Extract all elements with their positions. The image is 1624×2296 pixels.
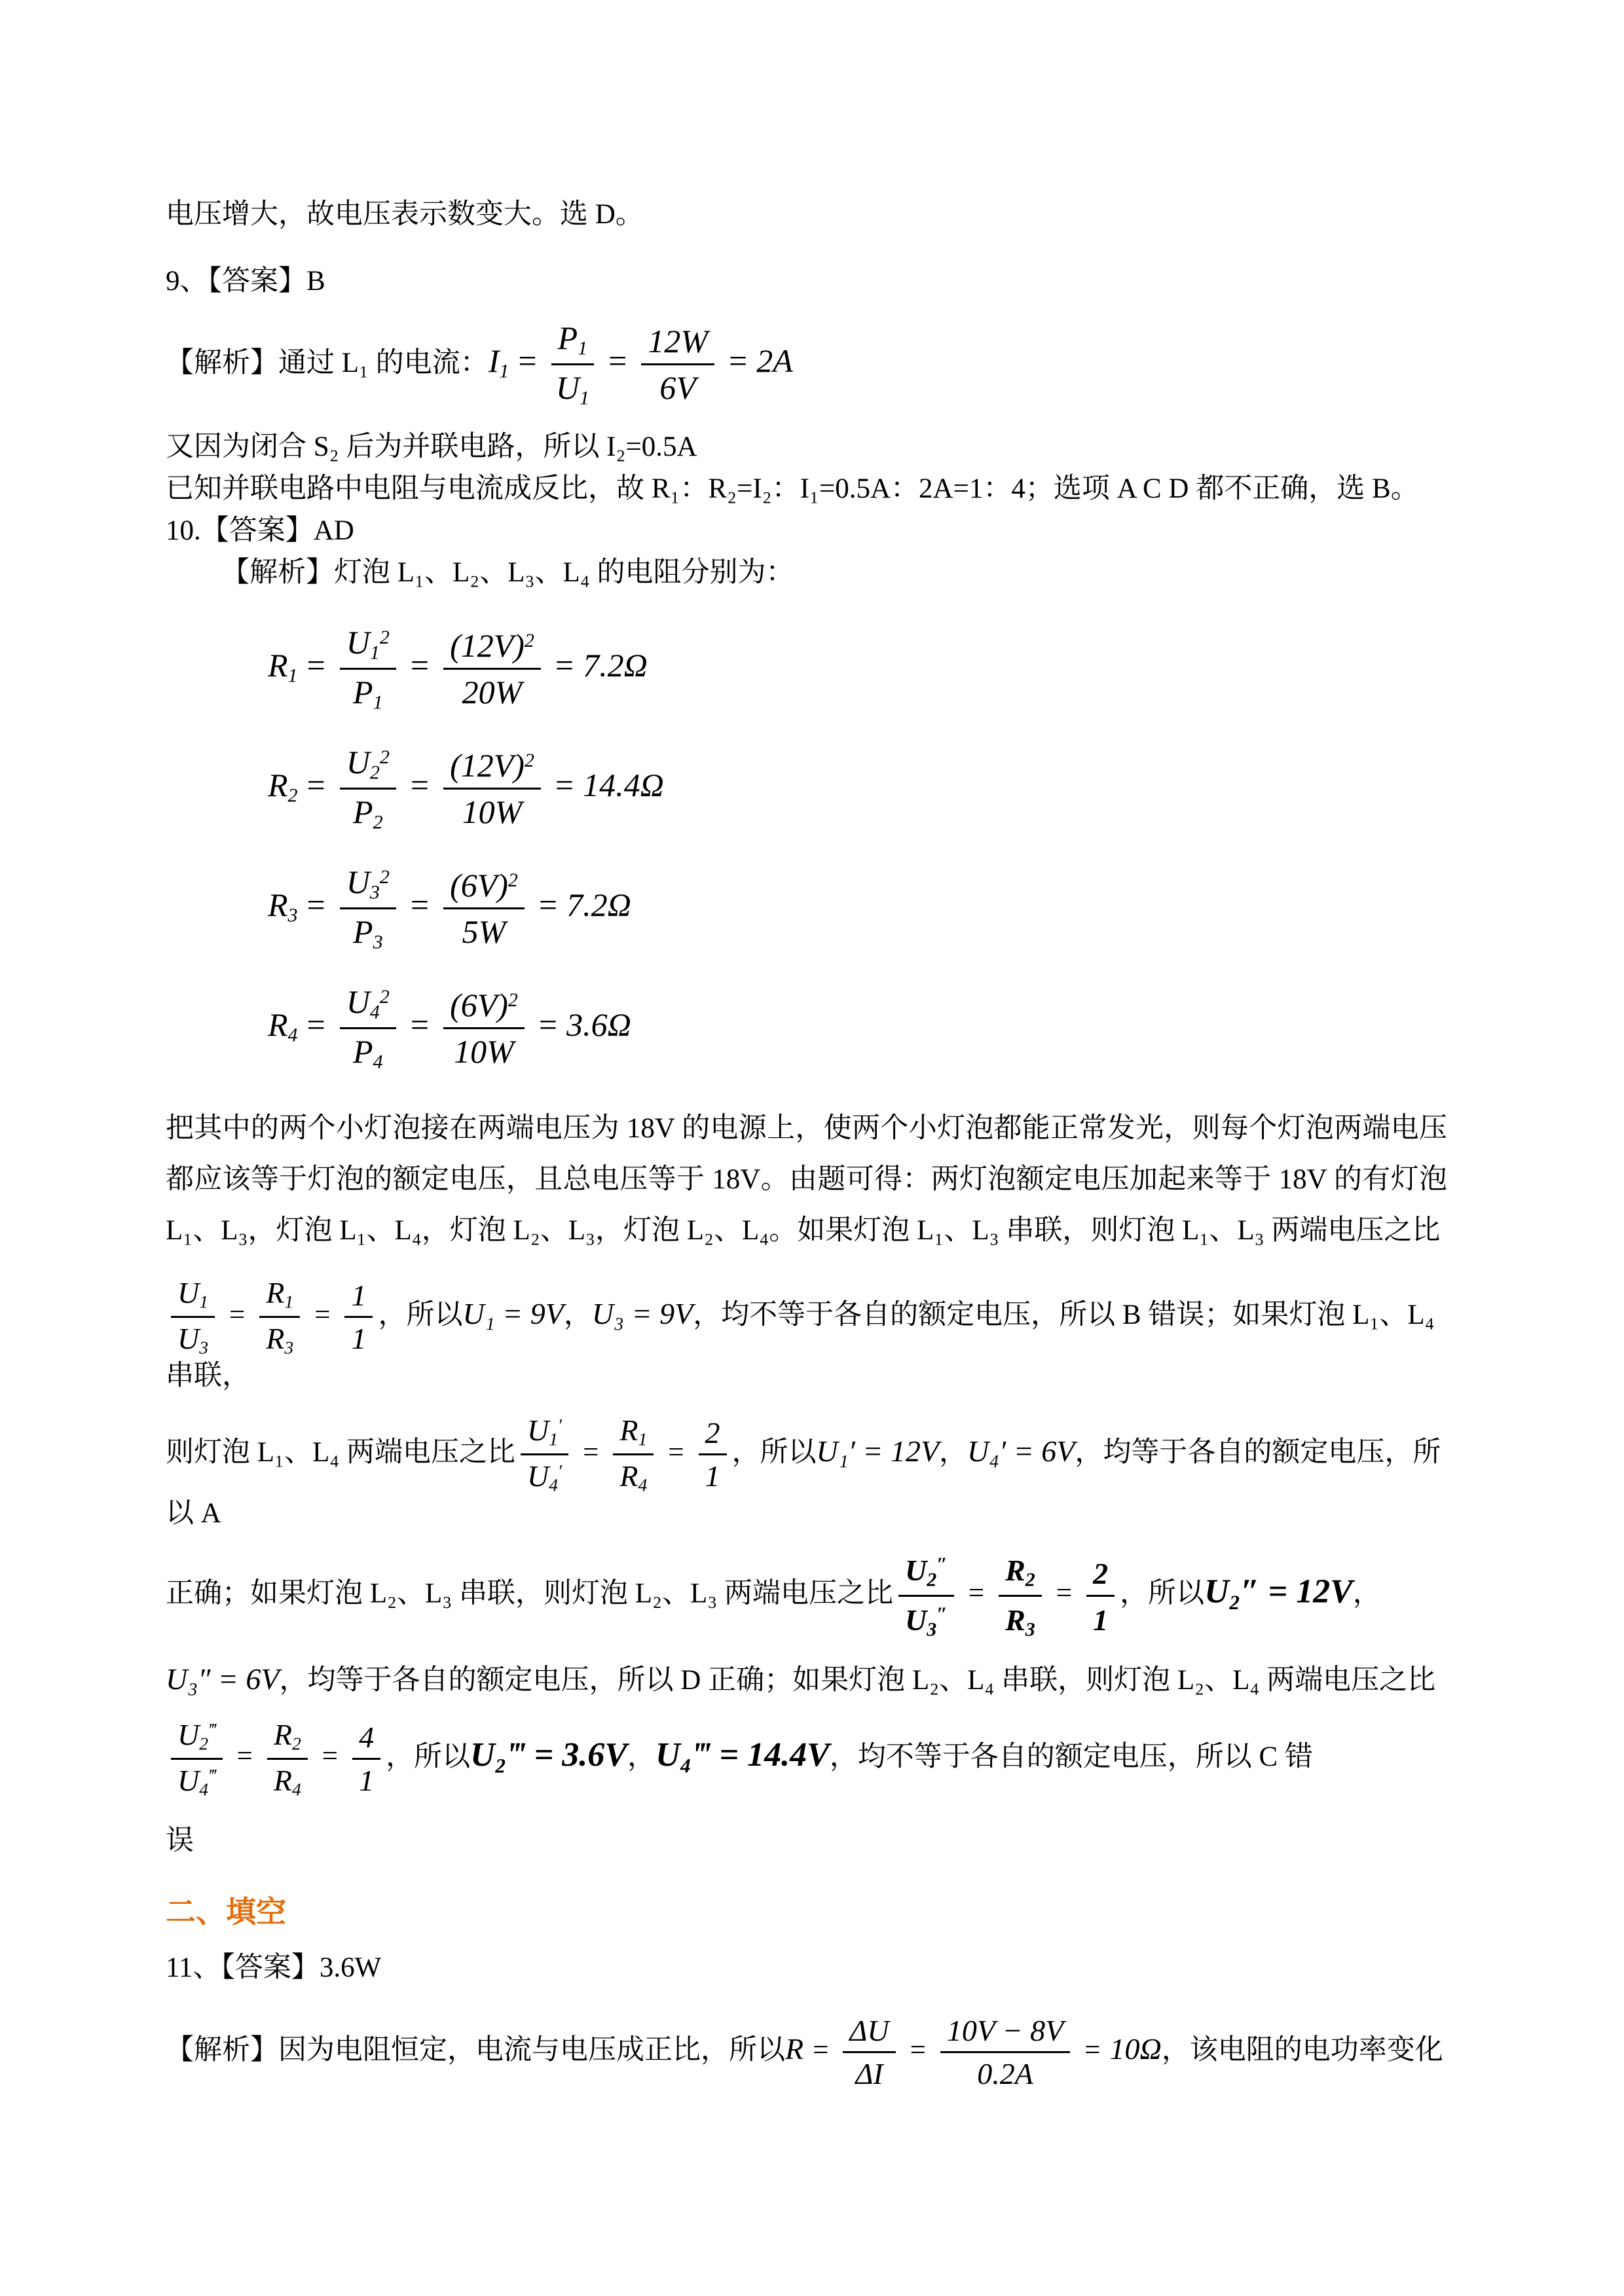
fraction-denominator: R3 — [999, 1597, 1042, 1641]
equals-sign: = — [539, 886, 557, 923]
math-subscript: 2 — [927, 1569, 936, 1590]
math-value: 1 — [1093, 1603, 1108, 1637]
equals-sign: = — [307, 886, 325, 923]
math-result: 7.2Ω — [583, 647, 648, 683]
math-subscript: 1 — [373, 691, 383, 713]
equals-sign: = — [307, 1006, 325, 1043]
math-subscript: 3 — [370, 881, 380, 903]
math-subscript: 3 — [927, 1618, 936, 1640]
math-inline: U₁′ = 12V — [817, 1434, 939, 1468]
fraction-denominator: 1 — [699, 1455, 727, 1493]
q10-paragraph: 把其中的两个小灯泡接在两端电压为 18V 的电源上，使两个小灯泡都能正常发光，则… — [166, 1103, 1447, 1256]
equals-sign: = — [314, 1300, 330, 1330]
fraction: (6V)210W — [443, 987, 525, 1070]
fraction-denominator: R4 — [613, 1455, 654, 1496]
math-var: R — [274, 1764, 292, 1797]
math-subscript: 1 — [199, 1292, 208, 1312]
fraction-numerator: (12V)2 — [443, 747, 541, 790]
q9-analysis-line: 【解析】通过 L₁ 的电流：I1=P1U1=12W6V=2A — [166, 319, 1447, 409]
equals-sign: = — [813, 2035, 828, 2066]
body-text: 正确；如果灯泡 L₂、L₃ 串联，则灯泡 L₂、L₃ 两端电压之比 — [166, 1578, 893, 1609]
math-var: R — [274, 1718, 292, 1751]
fraction-numerator: R2 — [267, 1718, 308, 1760]
math-var: U — [527, 1413, 549, 1447]
math-value: 4 — [359, 1721, 374, 1754]
q11-header: 11、【答案】3.6W — [166, 1947, 1447, 1989]
math-var: R — [266, 1322, 284, 1355]
math-value: (12V) — [450, 747, 525, 784]
fraction-denominator: P4 — [340, 1029, 396, 1073]
fraction-denominator: 1 — [352, 1760, 380, 1798]
math-subscript: 2 — [292, 1733, 301, 1753]
fraction-numerator: 12W — [641, 323, 714, 365]
q10-comparison-l1-l3: U1U3=R1R3=11，所以U₁ = 9V，U₃ = 9V，均不等于各自的额定… — [166, 1276, 1447, 1394]
math-var: R — [268, 647, 288, 683]
q9-line3-text: 已知并联电路中电阻与电流成反比，故 R₁：R₂=I₂：I₁=0.5A：2A=1：… — [166, 473, 1419, 504]
equals-sign: = — [729, 342, 747, 379]
document-page: 电压增大，故电压表示数变大。选 D。 9、【答案】B 【解析】通过 L₁ 的电流… — [0, 0, 1624, 2296]
fraction-denominator: U4′ — [521, 1455, 568, 1496]
fraction: (12V)210W — [443, 747, 541, 830]
math-superscript: 2 — [380, 866, 390, 888]
math-value: 2 — [705, 1416, 720, 1449]
r3-formula: R3=U32P3=(6V)25W=7.2Ω — [268, 864, 1447, 953]
q10-analysis-line: 【解析】灯泡 L₁、L₂、L₃、L₄ 的电阻分别为： — [221, 552, 1447, 594]
math-value: 1 — [351, 1322, 366, 1355]
fraction-numerator: 2 — [699, 1416, 727, 1456]
math-value: 1 — [351, 1279, 366, 1312]
math-value: (6V) — [450, 987, 508, 1023]
math-var: U — [346, 744, 370, 780]
math-value: 20W — [462, 674, 523, 710]
math-superscript: 2 — [380, 746, 390, 768]
q10-line-wu: 误 — [166, 1820, 1447, 1862]
math-result: 2A — [756, 342, 793, 379]
math-prime: ″ — [936, 1554, 948, 1575]
math-inline: U₁ = 9V — [462, 1297, 563, 1330]
math-result: 7.2Ω — [566, 886, 631, 923]
fraction: U1′U4′ — [521, 1413, 568, 1496]
equals-sign: = — [237, 1741, 253, 1772]
fraction-denominator: ΔI — [843, 2053, 895, 2091]
fraction-denominator: U4‴ — [171, 1760, 223, 1800]
r1-formula: R1=U12P1=(12V)220W=7.2Ω — [268, 624, 1447, 714]
fraction-denominator: U3 — [171, 1318, 215, 1358]
fraction-denominator: U1 — [551, 365, 595, 409]
q10-line-u3: U₃″ = 6V，均等于各自的额定电压，所以 D 正确；如果灯泡 L₂、L₄ 串… — [166, 1660, 1447, 1698]
math-inline: U₂″ = 12V — [1204, 1573, 1353, 1610]
math-value: ΔI — [855, 2057, 883, 2090]
equals-sign: = — [608, 342, 627, 379]
math-value: 0.2A — [977, 2057, 1033, 2090]
fraction-numerator: R2 — [999, 1551, 1042, 1597]
body-text: ，均等于各自的额定电压，所以 D 正确；如果灯泡 L₂、L₄ 串联，则灯泡 L₂… — [280, 1665, 1436, 1696]
fraction-numerator: U2″ — [898, 1551, 954, 1597]
fraction-denominator: P3 — [340, 909, 396, 953]
math-var: R — [268, 886, 288, 923]
q10-comparison-l2-l4: U2‴U4‴=R2R4=41，所以U₂‴ = 3.6V，U₄‴ = 14.4V，… — [166, 1718, 1447, 1800]
math-subscript: 1 — [288, 665, 298, 686]
r2-formula: R2=U22P2=(12V)210W=14.4Ω — [268, 744, 1447, 833]
math-var: P — [353, 1033, 373, 1070]
math-prime: ″ — [936, 1603, 948, 1625]
math-superscript: 2 — [380, 986, 390, 1008]
fraction-numerator: ΔU — [843, 2014, 895, 2054]
math-subscript: 2 — [370, 761, 380, 783]
math-prime: ‴ — [208, 1719, 216, 1740]
fraction: U22P2 — [340, 744, 396, 833]
equals-sign: = — [411, 767, 429, 803]
fraction: U2‴U4‴ — [171, 1718, 223, 1800]
fraction-denominator: 10W — [443, 1029, 525, 1070]
math-value: 5W — [462, 913, 506, 950]
math-var: U — [905, 1603, 927, 1637]
body-text: ， — [939, 1437, 967, 1468]
q9-header: 9、【答案】B — [166, 261, 1447, 302]
equals-sign: = — [539, 1006, 557, 1043]
fraction-denominator: R4 — [267, 1760, 308, 1800]
math-var: U — [527, 1459, 549, 1493]
fraction: P1U1 — [551, 319, 595, 409]
math-subscript: 3 — [284, 1338, 293, 1358]
section-heading-fill-in: 二、填空 — [166, 1888, 1447, 1931]
math-subscript: 4 — [549, 1475, 558, 1495]
fraction-denominator: 1 — [344, 1318, 373, 1356]
math-var: R — [1005, 1554, 1025, 1587]
math-var: R — [268, 767, 288, 803]
math-inline: U₂‴ = 3.6V — [470, 1736, 627, 1773]
fraction-denominator: R3 — [259, 1318, 300, 1358]
fraction-numerator: U22 — [340, 744, 396, 790]
math-prime: ′ — [558, 1461, 562, 1482]
body-text: ，所以 — [1120, 1578, 1204, 1609]
fraction-numerator: (12V)2 — [443, 627, 541, 670]
math-value: ΔU — [849, 2014, 889, 2047]
fraction: U1U3 — [171, 1276, 215, 1358]
q10-header: 10.【答案】AD — [166, 510, 1447, 552]
q11-analysis-prefix: 【解析】因为电阻恒定，电流与电压成正比，所以 — [166, 2035, 785, 2066]
body-text: 则灯泡 L₁、L₄ 两端电压之比 — [166, 1437, 515, 1468]
math-subscript: 4 — [199, 1779, 208, 1800]
q10-analysis-prefix: 【解析】灯泡 L₁、L₂、L₃、L₄ 的电阻分别为： — [221, 557, 794, 588]
q10-answer-text: 10.【答案】AD — [166, 515, 354, 546]
equals-sign: = — [307, 647, 325, 683]
fraction-denominator: 0.2A — [940, 2053, 1070, 2091]
fraction: U12P1 — [340, 624, 396, 714]
q9-answer-text: 9、【答案】B — [166, 266, 325, 297]
math-superscript: 2 — [508, 989, 518, 1011]
fraction-numerator: U2‴ — [171, 1718, 223, 1760]
fraction-numerator: P1 — [551, 319, 595, 365]
q9-formula: I1=P1U1=12W6V=2A — [489, 342, 793, 379]
fraction: 21 — [699, 1416, 727, 1493]
math-subscript: 2 — [288, 784, 298, 806]
math-value: 6V — [659, 369, 696, 406]
math-var: R — [268, 1006, 288, 1043]
equals-sign: = — [518, 342, 536, 379]
fraction: (6V)25W — [443, 867, 525, 950]
body-text: ，所以 — [732, 1437, 817, 1468]
math-value: 1 — [705, 1459, 720, 1493]
math-subscript: 1 — [549, 1429, 558, 1449]
math-value: 10W — [462, 793, 523, 830]
math-var: U — [905, 1554, 927, 1587]
q11-analysis-line: 【解析】因为电阻恒定，电流与电压成正比，所以R=ΔUΔI=10V − 8V0.2… — [166, 2014, 1447, 2091]
fraction-numerator: 2 — [1086, 1554, 1115, 1597]
body-text: ，所以 — [378, 1300, 462, 1330]
body-text: ，均不等于各自的额定电压，所以 C 错 — [830, 1741, 1313, 1772]
math-subscript: 3 — [373, 931, 383, 953]
fraction: R1R4 — [613, 1413, 654, 1496]
fraction-denominator: 5W — [443, 909, 525, 950]
equals-sign: = — [555, 767, 574, 803]
q11-suffix-text: ，该电阻的电功率变化 — [1162, 2035, 1443, 2066]
fraction-numerator: (6V)2 — [443, 987, 525, 1029]
fraction-denominator: 20W — [443, 670, 541, 710]
fraction: 10V − 8V0.2A — [940, 2014, 1070, 2091]
fraction-denominator: P1 — [340, 670, 396, 714]
fraction: 41 — [352, 1721, 380, 1798]
fraction: U42P4 — [340, 983, 396, 1073]
math-value: 10V − 8V — [947, 2014, 1063, 2047]
math-superscript: 2 — [525, 630, 534, 651]
math-value: 10W — [454, 1033, 514, 1070]
fraction-numerator: 4 — [352, 1721, 380, 1760]
q9-analysis-prefix: 【解析】通过 L₁ 的电流： — [166, 348, 489, 378]
math-var: U — [346, 624, 370, 661]
fraction-numerator: 10V − 8V — [940, 2014, 1070, 2054]
math-result: 14.4Ω — [583, 767, 664, 803]
equals-sign: = — [411, 647, 429, 683]
body-text: ，所以 — [386, 1741, 470, 1772]
math-var: R — [619, 1459, 638, 1493]
fraction: 21 — [1086, 1554, 1115, 1637]
math-var: I — [489, 342, 500, 379]
body-text: 误 — [166, 1825, 194, 1856]
equals-sign: = — [668, 1437, 684, 1468]
fraction: 12W6V — [641, 323, 714, 406]
math-var: U — [177, 1718, 199, 1751]
q10-comparison-l2-l3: 正确；如果灯泡 L₂、L₃ 串联，则灯泡 L₂、L₃ 两端电压之比U2″U3″=… — [166, 1551, 1447, 1641]
fraction: ΔUΔI — [843, 2014, 895, 2091]
section-heading-text: 二、填空 — [166, 1895, 286, 1929]
body-text: ， — [564, 1300, 592, 1330]
intro-text: 电压增大，故电压表示数变大。选 D。 — [166, 199, 644, 230]
equals-sign: = — [1056, 1578, 1072, 1609]
math-var: R — [1005, 1603, 1025, 1637]
fraction-numerator: (6V)2 — [443, 867, 525, 909]
math-subscript: 3 — [199, 1338, 208, 1358]
equals-sign: = — [969, 1578, 984, 1609]
math-subscript: 4 — [638, 1475, 647, 1495]
math-subscript: 1 — [580, 387, 589, 409]
math-subscript: 1 — [284, 1292, 293, 1312]
fraction: R2R4 — [267, 1718, 308, 1800]
equals-sign: = — [307, 767, 325, 803]
math-result: 3.6Ω — [566, 1006, 631, 1043]
math-subscript: 4 — [370, 1001, 380, 1023]
fraction-numerator: U1′ — [521, 1413, 568, 1456]
math-var: P — [558, 319, 578, 356]
fraction-numerator: U32 — [340, 864, 396, 909]
q10-comparison-l1-l4: 则灯泡 L₁、L₄ 两端电压之比U1′U4′=R1R4=21，所以U₁′ = 1… — [166, 1413, 1447, 1531]
fraction-numerator: U1 — [171, 1276, 215, 1319]
math-var: P — [353, 793, 373, 830]
math-subscript: 1 — [638, 1429, 647, 1449]
fraction-denominator: 10W — [443, 790, 541, 830]
equals-sign: = — [910, 2035, 926, 2066]
math-prime: ′ — [558, 1415, 562, 1435]
math-var: U — [177, 1276, 199, 1309]
fraction: (12V)220W — [443, 627, 541, 710]
body-text: ， — [1353, 1578, 1381, 1609]
fraction-numerator: U42 — [340, 983, 396, 1029]
math-subscript: 1 — [499, 360, 509, 382]
equals-sign: = — [411, 1006, 429, 1043]
math-var: U — [177, 1322, 199, 1355]
fraction: 11 — [344, 1279, 373, 1356]
fraction-numerator: R1 — [259, 1276, 300, 1319]
fraction-numerator: 1 — [344, 1279, 373, 1319]
math-superscript: 2 — [508, 869, 518, 891]
math-subscript: 4 — [373, 1051, 383, 1072]
math-var: P — [353, 913, 373, 950]
fraction-denominator: 1 — [1086, 1597, 1115, 1637]
math-prime: ‴ — [208, 1765, 216, 1785]
math-value: 2 — [1093, 1557, 1108, 1590]
math-inline: U₄′ = 6V — [967, 1434, 1075, 1468]
math-inline: U₄‴ = 14.4V — [655, 1736, 830, 1773]
q10-paragraph-text: 把其中的两个小灯泡接在两端电压为 18V 的电源上，使两个小灯泡都能正常发光，则… — [166, 1113, 1447, 1246]
equals-sign: = — [555, 647, 574, 683]
r4-formula: R4=U42P4=(6V)210W=3.6Ω — [268, 983, 1447, 1073]
q9-line2: 又因为闭合 S₂ 后为并联电路，所以 I₂=0.5A — [166, 426, 1447, 468]
equals-sign: = — [1084, 2035, 1100, 2066]
fraction: R1R3 — [259, 1276, 300, 1358]
fraction-numerator: R1 — [613, 1413, 654, 1456]
equals-sign: = — [229, 1300, 245, 1330]
equals-sign: = — [411, 886, 429, 923]
fraction-denominator: U3″ — [898, 1597, 954, 1641]
q9-line2-text: 又因为闭合 S₂ 后为并联电路，所以 I₂=0.5A — [166, 431, 697, 462]
math-var: U — [346, 983, 370, 1020]
math-var: U — [346, 864, 370, 900]
math-superscript: 2 — [525, 750, 534, 771]
q9-line3: 已知并联电路中电阻与电流成反比，故 R₁：R₂=I₂：I₁=0.5A：2A=1：… — [166, 468, 1447, 510]
math-value: 1 — [359, 1764, 374, 1797]
intro-line: 电压增大，故电压表示数变大。选 D。 — [166, 194, 1447, 236]
math-subscript: 3 — [288, 904, 298, 926]
math-var: U — [556, 369, 580, 406]
math-subscript: 2 — [373, 811, 383, 833]
fraction-numerator: U12 — [340, 624, 396, 670]
math-var: R — [785, 2032, 803, 2066]
fraction: U32P3 — [340, 864, 396, 953]
math-var: R — [266, 1276, 284, 1309]
fraction-denominator: P2 — [340, 790, 396, 833]
math-result: 10Ω — [1110, 2032, 1162, 2066]
math-inline: U₃ = 9V — [592, 1297, 693, 1330]
math-var: R — [619, 1413, 638, 1447]
math-subscript: 1 — [578, 337, 587, 359]
math-value: (12V) — [450, 627, 525, 664]
fraction: U2″U3″ — [898, 1551, 954, 1641]
math-superscript: 2 — [380, 627, 390, 648]
equals-sign: = — [322, 1741, 338, 1772]
math-var: P — [353, 674, 373, 710]
math-subscript: 2 — [199, 1733, 208, 1753]
math-subscript: 3 — [1025, 1618, 1035, 1640]
equals-sign: = — [583, 1437, 599, 1468]
math-inline: U₃″ = 6V — [166, 1662, 280, 1696]
math-var: U — [177, 1764, 199, 1797]
math-subscript: 2 — [1025, 1569, 1035, 1590]
math-subscript: 4 — [292, 1779, 301, 1800]
math-subscript: 1 — [370, 642, 380, 663]
q11-answer-text: 11、【答案】3.6W — [166, 1952, 381, 1983]
math-value: 12W — [648, 323, 708, 359]
math-value: (6V) — [450, 867, 508, 903]
body-text: ， — [627, 1741, 655, 1772]
fraction: R2R3 — [999, 1551, 1042, 1641]
fraction-denominator: 6V — [641, 365, 714, 406]
math-subscript: 4 — [288, 1024, 298, 1046]
